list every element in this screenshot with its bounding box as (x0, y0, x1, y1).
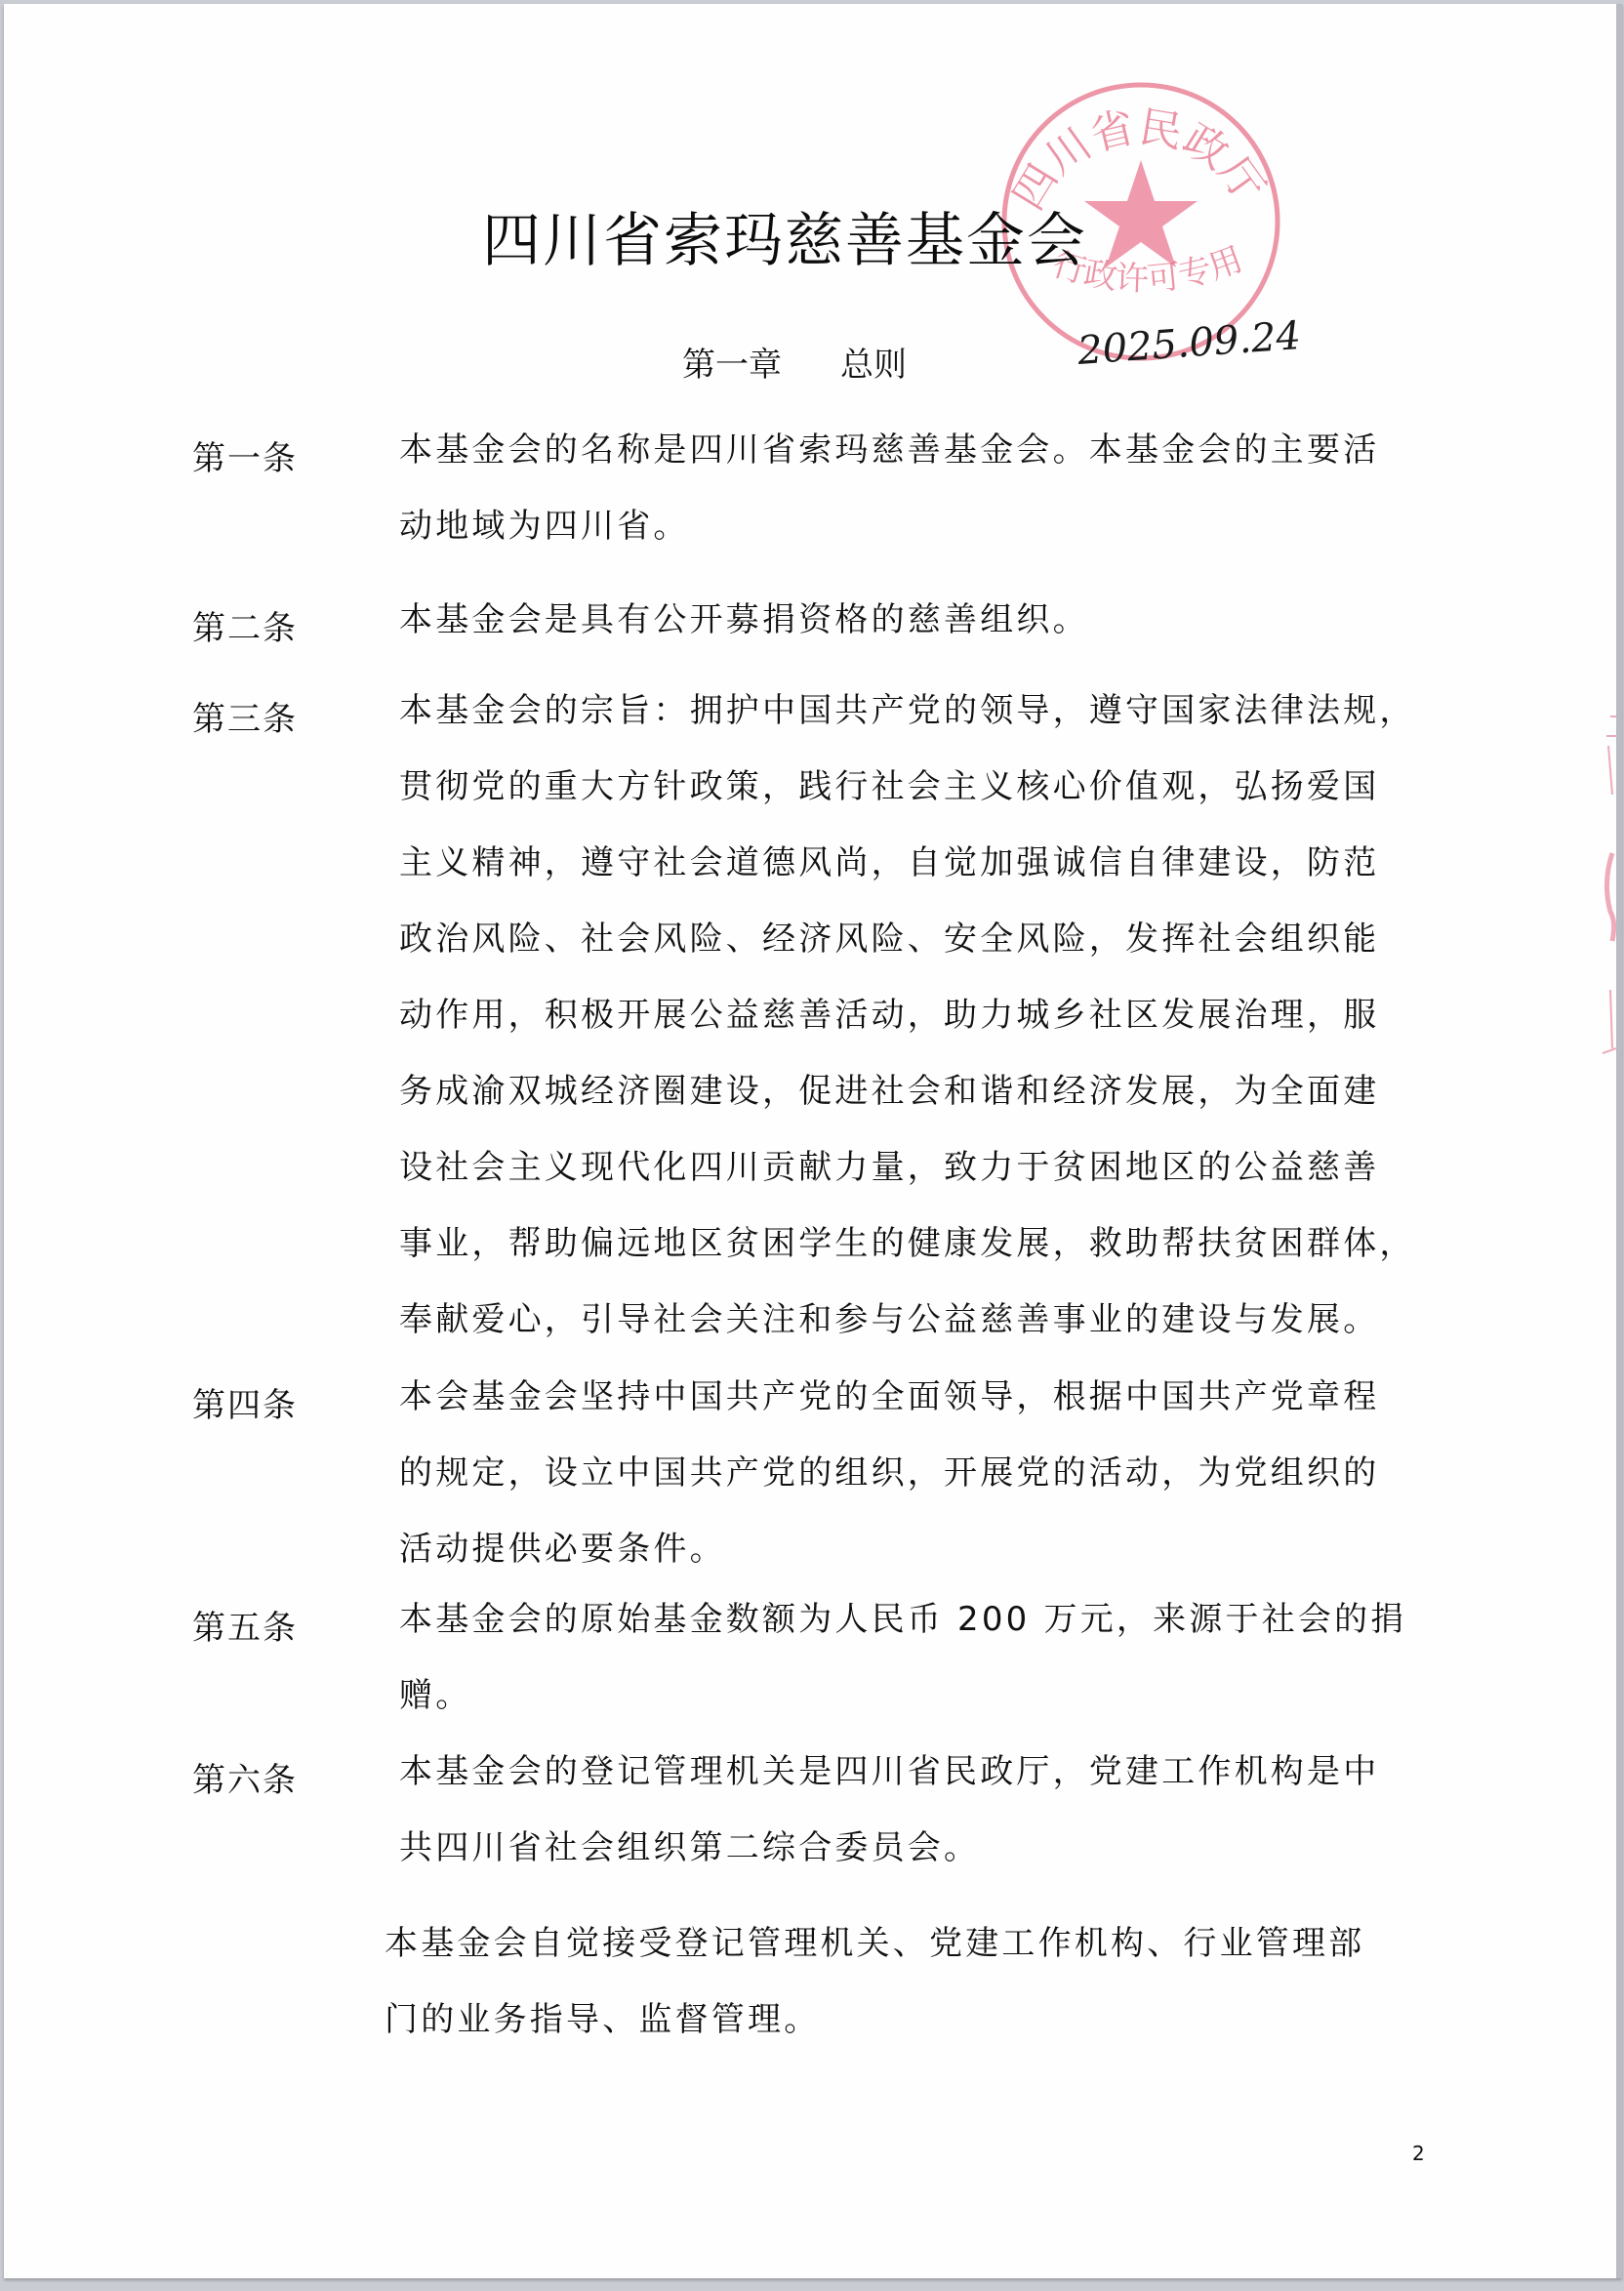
article-label: 第六条 (192, 1753, 298, 1801)
article-label: 第五条 (192, 1601, 298, 1649)
article-body: 本会基金会坚持中国共产党的全面领导，根据中国共产党章程 的规定，设立中国共产党的… (399, 1359, 1424, 1587)
edge-stamp-mark (1597, 707, 1616, 1068)
article-body: 本基金会的名称是四川省索玛慈善基金会。本基金会的主要活 动地域为四川省。 (399, 412, 1424, 564)
document-page: 四川省民政厅 行政许可专用章 四川省索玛慈善基金会 第一章总则 2025.09.… (4, 4, 1622, 2278)
article-label: 第一条 (192, 431, 298, 479)
article-label: 第二条 (192, 601, 298, 649)
article-body: 本基金会的登记管理机关是四川省民政厅，党建工作机构是中 共四川省社会组织第二综合… (399, 1734, 1424, 1886)
chapter-heading: 第一章总则 (682, 338, 907, 386)
article-body: 本基金会的宗旨：拥护中国共产党的领导，遵守国家法律法规， 贯彻党的重大方针政策，… (399, 673, 1424, 1358)
article-label: 第三条 (192, 692, 298, 740)
trailing-paragraph: 本基金会自觉接受登记管理机关、党建工作机构、行业管理部 门的业务指导、监督管理。 (385, 1905, 1429, 2058)
document-title: 四川省索玛慈善基金会 (482, 194, 1087, 278)
page-number: 2 (1412, 2142, 1425, 2165)
article-label: 第四条 (192, 1378, 298, 1426)
article-body: 本基金会是具有公开募捐资格的慈善组织。 (399, 582, 1424, 658)
article-body: 本基金会的原始基金数额为人民币 200 万元，来源于社会的捐 赠。 (399, 1581, 1424, 1734)
chapter-name: 总则 (840, 346, 907, 385)
star-icon (1084, 160, 1198, 267)
chapter-number: 第一章 (682, 346, 782, 385)
